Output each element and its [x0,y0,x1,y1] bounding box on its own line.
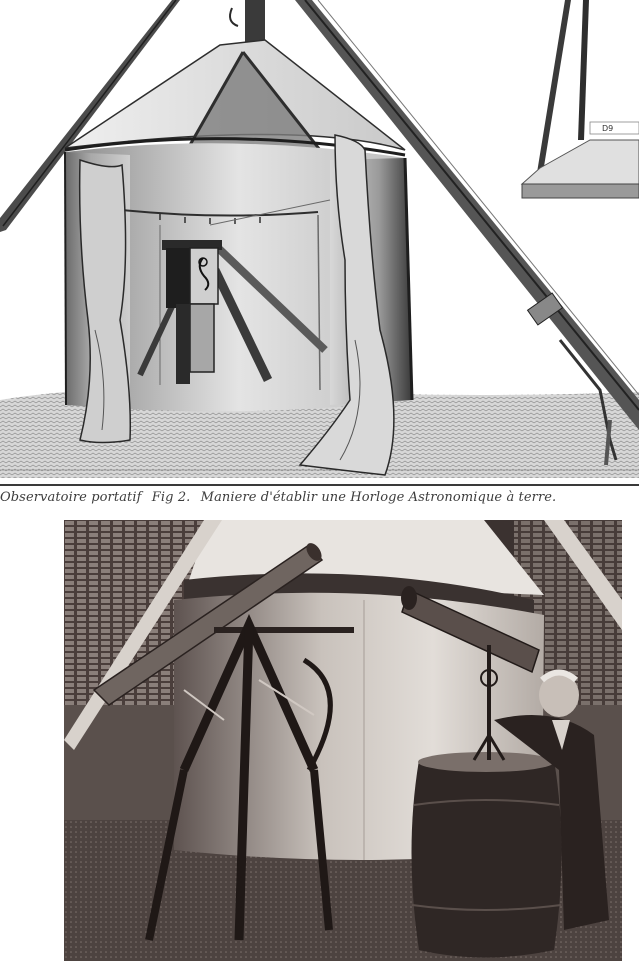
svg-text:D9: D9 [602,124,613,133]
caption-figure-title: Maniere d'établir une Horloge Astronomiq… [201,490,557,505]
engraving-plate: D9 [0,0,639,484]
caption-figure-number: Fig 2. [152,490,191,505]
sepia-photograph [64,520,622,961]
caption-plate-title: Observatoire portatif [0,490,142,505]
plate-caption: Observatoire portatif Fig 2. Maniere d'é… [0,487,639,509]
engraving-illustration: D9 [0,0,639,484]
caption-rule [0,484,639,486]
photograph-illustration [64,520,622,961]
